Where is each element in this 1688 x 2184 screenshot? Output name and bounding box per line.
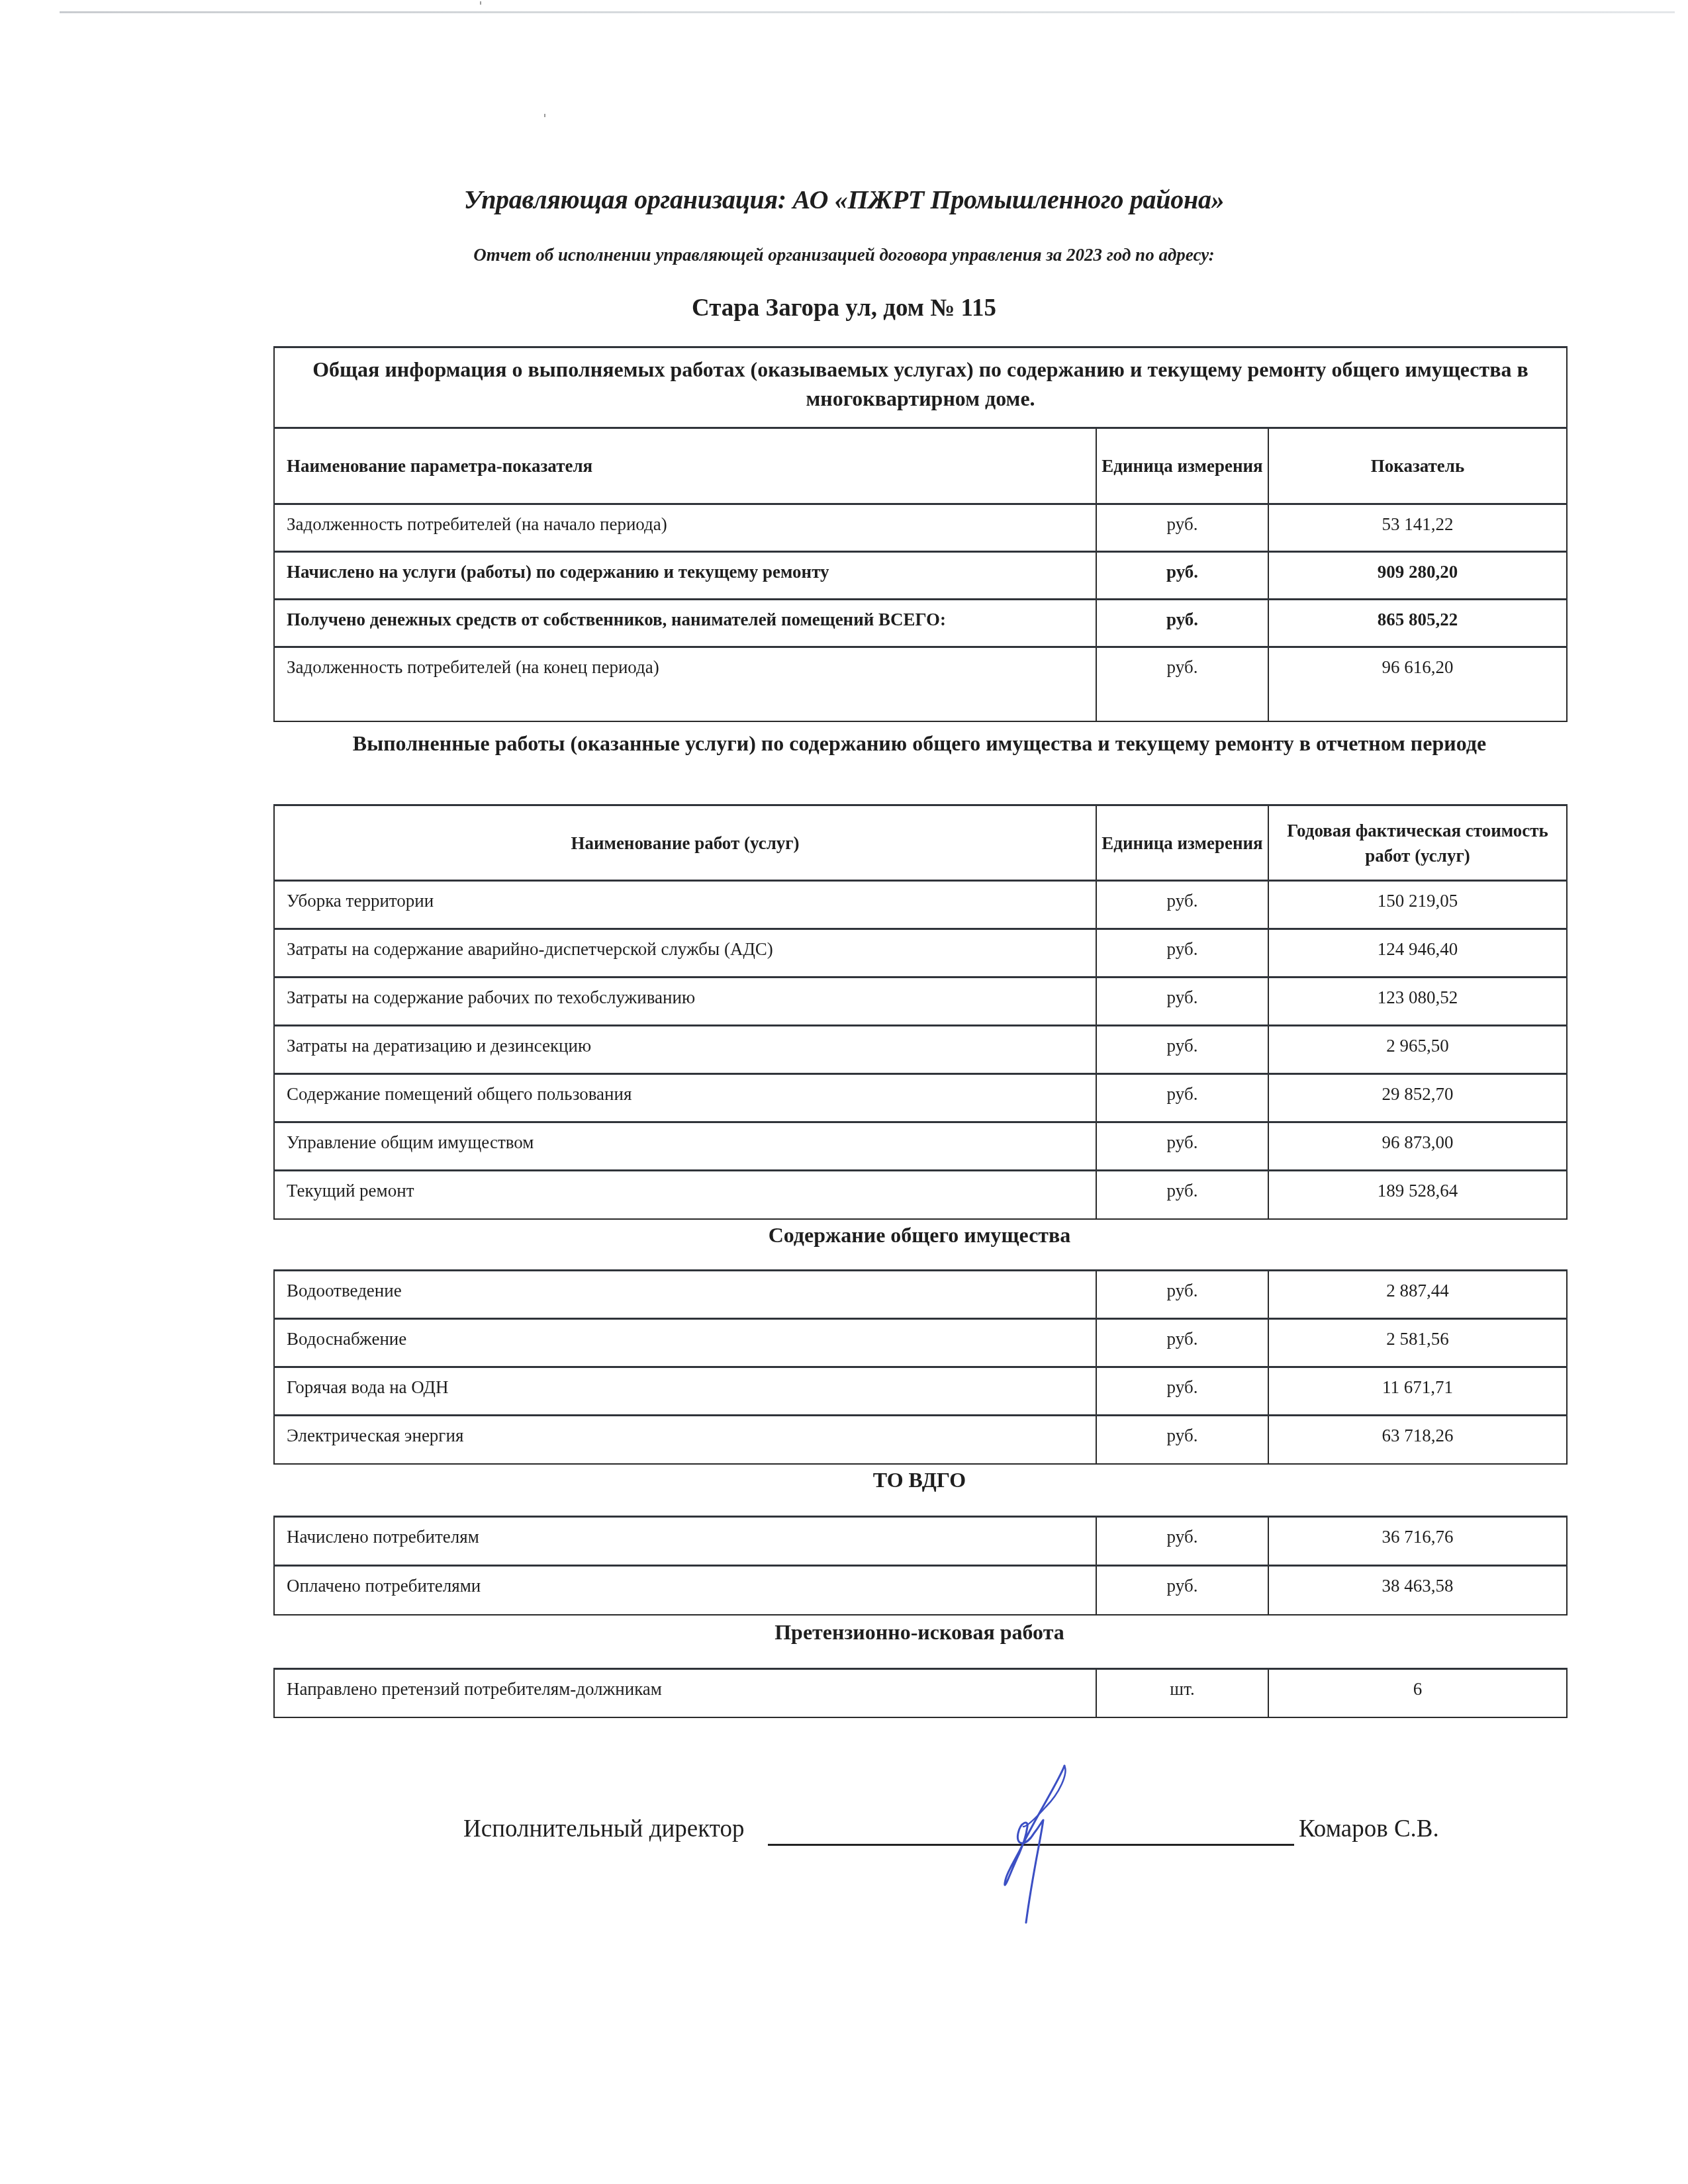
row-value: 150 219,05 xyxy=(1268,881,1567,929)
vdgo-rows: Начислено потребителямруб.36 716,76Оплач… xyxy=(274,1517,1567,1615)
address-heading: Стара Загора ул, дом № 115 xyxy=(0,294,1688,322)
column-header-parameter: Наименование параметра-показателя xyxy=(274,428,1096,504)
row-value: 6 xyxy=(1268,1669,1567,1717)
row-name: Уборка территории xyxy=(274,881,1096,929)
table-row: Направлено претензий потребителям-должни… xyxy=(274,1669,1567,1717)
table-row: Водоотведениеруб.2 887,44 xyxy=(274,1271,1567,1319)
row-unit: руб. xyxy=(1096,1319,1268,1367)
works-table: Наименование работ (услуг) Единица измер… xyxy=(273,804,1568,1220)
row-unit: руб. xyxy=(1096,1122,1268,1171)
row-value: 11 671,71 xyxy=(1268,1367,1567,1416)
row-value: 2 965,50 xyxy=(1268,1026,1567,1074)
row-name: Управление общим имуществом xyxy=(274,1122,1096,1171)
row-unit: руб. xyxy=(1096,1566,1268,1615)
report-subtitle: Отчет об исполнении управляющей организа… xyxy=(0,245,1688,265)
column-header-unit: Единица измерения xyxy=(1096,428,1268,504)
table-row: Затраты на содержание аварийно-диспетчер… xyxy=(274,929,1567,978)
scan-edge-line xyxy=(60,11,1675,13)
vdgo-heading: ТО ВДГО xyxy=(273,1465,1566,1495)
table-row: Получено денежных средств от собственник… xyxy=(274,600,1567,647)
row-name: Затраты на содержание рабочих по техобсл… xyxy=(274,978,1096,1026)
row-unit: шт. xyxy=(1096,1669,1268,1717)
row-name: Содержание помещений общего пользования xyxy=(274,1074,1096,1122)
claims-table: Направлено претензий потребителям-должни… xyxy=(273,1668,1568,1718)
signatory-name: Комаров С.В. xyxy=(1299,1815,1439,1843)
row-unit: руб. xyxy=(1096,978,1268,1026)
table-row: Начислено потребителямруб.36 716,76 xyxy=(274,1517,1567,1566)
row-value: 38 463,58 xyxy=(1268,1566,1567,1615)
row-value: 865 805,22 xyxy=(1268,600,1567,647)
table-row: Задолженность потребителей (на начало пе… xyxy=(274,504,1567,552)
works-rows: Уборка территориируб.150 219,05Затраты н… xyxy=(274,881,1567,1219)
organization-title: Управляющая организация: АО «ПЖРТ Промыш… xyxy=(0,184,1688,215)
table-row: Затраты на дератизацию и дезинсекциюруб.… xyxy=(274,1026,1567,1074)
row-value: 189 528,64 xyxy=(1268,1171,1567,1219)
row-unit: руб. xyxy=(1096,1416,1268,1464)
scan-speck xyxy=(544,114,545,117)
row-name: Текущий ремонт xyxy=(274,1171,1096,1219)
row-name: Затраты на содержание аварийно-диспетчер… xyxy=(274,929,1096,978)
table-row: Управление общим имуществомруб.96 873,00 xyxy=(274,1122,1567,1171)
column-header-work-name: Наименование работ (услуг) xyxy=(274,805,1096,881)
table-row: Текущий ремонтруб.189 528,64 xyxy=(274,1171,1567,1219)
table-row: Задолженность потребителей (на конец пер… xyxy=(274,647,1567,721)
row-name: Задолженность потребителей (на конец пер… xyxy=(274,647,1096,721)
common-property-table: Водоотведениеруб.2 887,44Водоснабжениеру… xyxy=(273,1269,1568,1465)
row-name: Начислено на услуги (работы) по содержан… xyxy=(274,552,1096,600)
scan-speck xyxy=(480,1,481,5)
row-value: 96 616,20 xyxy=(1268,647,1567,721)
row-name: Электрическая энергия xyxy=(274,1416,1096,1464)
row-value: 909 280,20 xyxy=(1268,552,1567,600)
table-row: Уборка территориируб.150 219,05 xyxy=(274,881,1567,929)
row-unit: руб. xyxy=(1096,1517,1268,1566)
common-property-heading: Содержание общего имущества xyxy=(273,1220,1566,1250)
row-unit: руб. xyxy=(1096,1271,1268,1319)
row-value: 96 873,00 xyxy=(1268,1122,1567,1171)
signature-block: Исполнительный директор Комаров С.В. xyxy=(0,1815,1688,1854)
table-row: Водоснабжениеруб.2 581,56 xyxy=(274,1319,1567,1367)
row-unit: руб. xyxy=(1096,1074,1268,1122)
row-name: Водоотведение xyxy=(274,1271,1096,1319)
row-unit: руб. xyxy=(1096,929,1268,978)
table-row: Содержание помещений общего пользованияр… xyxy=(274,1074,1567,1122)
row-unit: руб. xyxy=(1096,881,1268,929)
row-name: Водоснабжение xyxy=(274,1319,1096,1367)
row-unit: руб. xyxy=(1096,647,1268,721)
table-row: Горячая вода на ОДНруб.11 671,71 xyxy=(274,1367,1567,1416)
row-unit: руб. xyxy=(1096,552,1268,600)
vdgo-table: Начислено потребителямруб.36 716,76Оплач… xyxy=(273,1516,1568,1615)
row-unit: руб. xyxy=(1096,1171,1268,1219)
table-row: Оплачено потребителямируб.38 463,58 xyxy=(274,1566,1567,1615)
row-unit: руб. xyxy=(1096,1026,1268,1074)
row-name: Начислено потребителям xyxy=(274,1517,1096,1566)
signatory-position: Исполнительный директор xyxy=(463,1815,744,1843)
general-info-rows: Задолженность потребителей (на начало пе… xyxy=(274,504,1567,721)
claims-rows: Направлено претензий потребителям-должни… xyxy=(274,1669,1567,1717)
row-unit: руб. xyxy=(1096,600,1268,647)
row-value: 2 887,44 xyxy=(1268,1271,1567,1319)
column-header-value: Показатель xyxy=(1268,428,1567,504)
general-info-title: Общая информация о выполняемых работах (… xyxy=(274,347,1567,428)
column-header-unit: Единица измерения xyxy=(1096,805,1268,881)
row-name: Задолженность потребителей (на начало пе… xyxy=(274,504,1096,552)
general-info-table: Общая информация о выполняемых работах (… xyxy=(273,346,1568,722)
common-property-rows: Водоотведениеруб.2 887,44Водоснабжениеру… xyxy=(274,1271,1567,1464)
works-heading: Выполненные работы (оказанные услуги) по… xyxy=(273,728,1566,758)
row-value: 29 852,70 xyxy=(1268,1074,1567,1122)
handwritten-signature-icon xyxy=(960,1760,1119,1926)
row-name: Оплачено потребителями xyxy=(274,1566,1096,1615)
row-value: 63 718,26 xyxy=(1268,1416,1567,1464)
row-value: 2 581,56 xyxy=(1268,1319,1567,1367)
row-name: Получено денежных средств от собственник… xyxy=(274,600,1096,647)
table-row: Электрическая энергияруб.63 718,26 xyxy=(274,1416,1567,1464)
row-name: Направлено претензий потребителям-должни… xyxy=(274,1669,1096,1717)
column-header-annual-cost: Годовая фактическая стоимость работ (усл… xyxy=(1268,805,1567,881)
row-name: Затраты на дератизацию и дезинсекцию xyxy=(274,1026,1096,1074)
row-value: 53 141,22 xyxy=(1268,504,1567,552)
row-unit: руб. xyxy=(1096,1367,1268,1416)
row-unit: руб. xyxy=(1096,504,1268,552)
table-row: Начислено на услуги (работы) по содержан… xyxy=(274,552,1567,600)
row-value: 36 716,76 xyxy=(1268,1517,1567,1566)
row-value: 123 080,52 xyxy=(1268,978,1567,1026)
row-name: Горячая вода на ОДН xyxy=(274,1367,1096,1416)
claims-heading: Претензионно-исковая работа xyxy=(273,1617,1566,1647)
table-row: Затраты на содержание рабочих по техобсл… xyxy=(274,978,1567,1026)
row-value: 124 946,40 xyxy=(1268,929,1567,978)
